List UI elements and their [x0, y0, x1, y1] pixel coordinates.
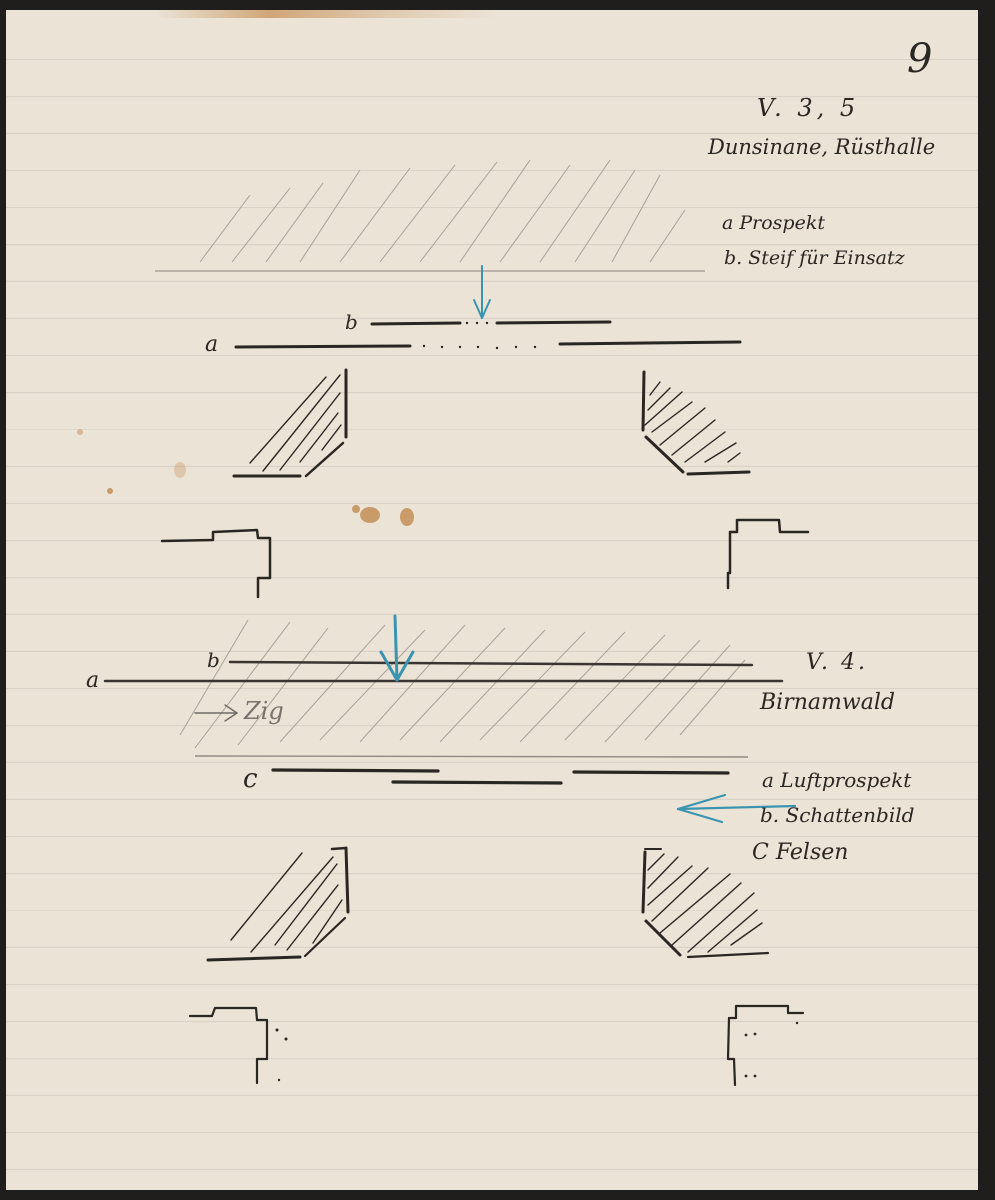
pencil-note-zig: Zig — [244, 697, 284, 725]
scene-title-bottom: Birnamwald — [760, 690, 895, 715]
pencil-hatching-bottom — [180, 620, 745, 748]
stage-sketch-drawing — [0, 0, 995, 1200]
line-a-top — [236, 342, 740, 347]
left-wing-bottom — [208, 848, 348, 960]
right-wing-bottom — [643, 849, 768, 957]
scene-ref-bottom: V. 4. — [806, 650, 868, 675]
legend-bottom-c: C Felsen — [752, 840, 848, 865]
legend-top-b: b. Steif für Einsatz — [724, 247, 905, 269]
legend-bottom-a: a Luftprospekt — [762, 768, 911, 792]
right-wing-top — [643, 372, 749, 474]
line-b-bottom — [230, 662, 752, 665]
pencil-arrow-right-icon — [195, 705, 237, 721]
line-b-top — [372, 322, 610, 324]
scene-ref-top: V. 3, 5 — [757, 94, 859, 122]
scene-title-top: Dunsinane, Rüsthalle — [708, 135, 935, 159]
label-b-bottom: b — [207, 648, 220, 672]
pencil-baseline-bottom — [195, 756, 748, 757]
stair-dots-right — [745, 1022, 799, 1078]
label-a-top: a — [205, 332, 218, 357]
right-stair-top — [728, 520, 808, 588]
right-stair-bottom — [728, 1006, 803, 1085]
label-a-bottom: a — [86, 668, 99, 693]
dotted-gap-b-top — [466, 322, 488, 324]
page-number: 9 — [907, 36, 932, 82]
left-wing-top — [234, 370, 346, 476]
legend-bottom-b: b. Schattenbild — [760, 803, 914, 827]
legend-top-a: a Prospekt — [722, 212, 825, 234]
line-c-bottom — [273, 770, 728, 783]
left-stair-bottom — [190, 1008, 267, 1083]
blue-arrow-down-icon — [474, 266, 490, 318]
dotted-gap-a-top — [423, 345, 536, 349]
label-c-bottom: c — [243, 764, 258, 794]
stair-dots-left — [276, 1029, 288, 1082]
left-stair-top — [162, 530, 270, 597]
pencil-hatching-top — [200, 160, 685, 262]
label-b-top: b — [345, 310, 358, 334]
